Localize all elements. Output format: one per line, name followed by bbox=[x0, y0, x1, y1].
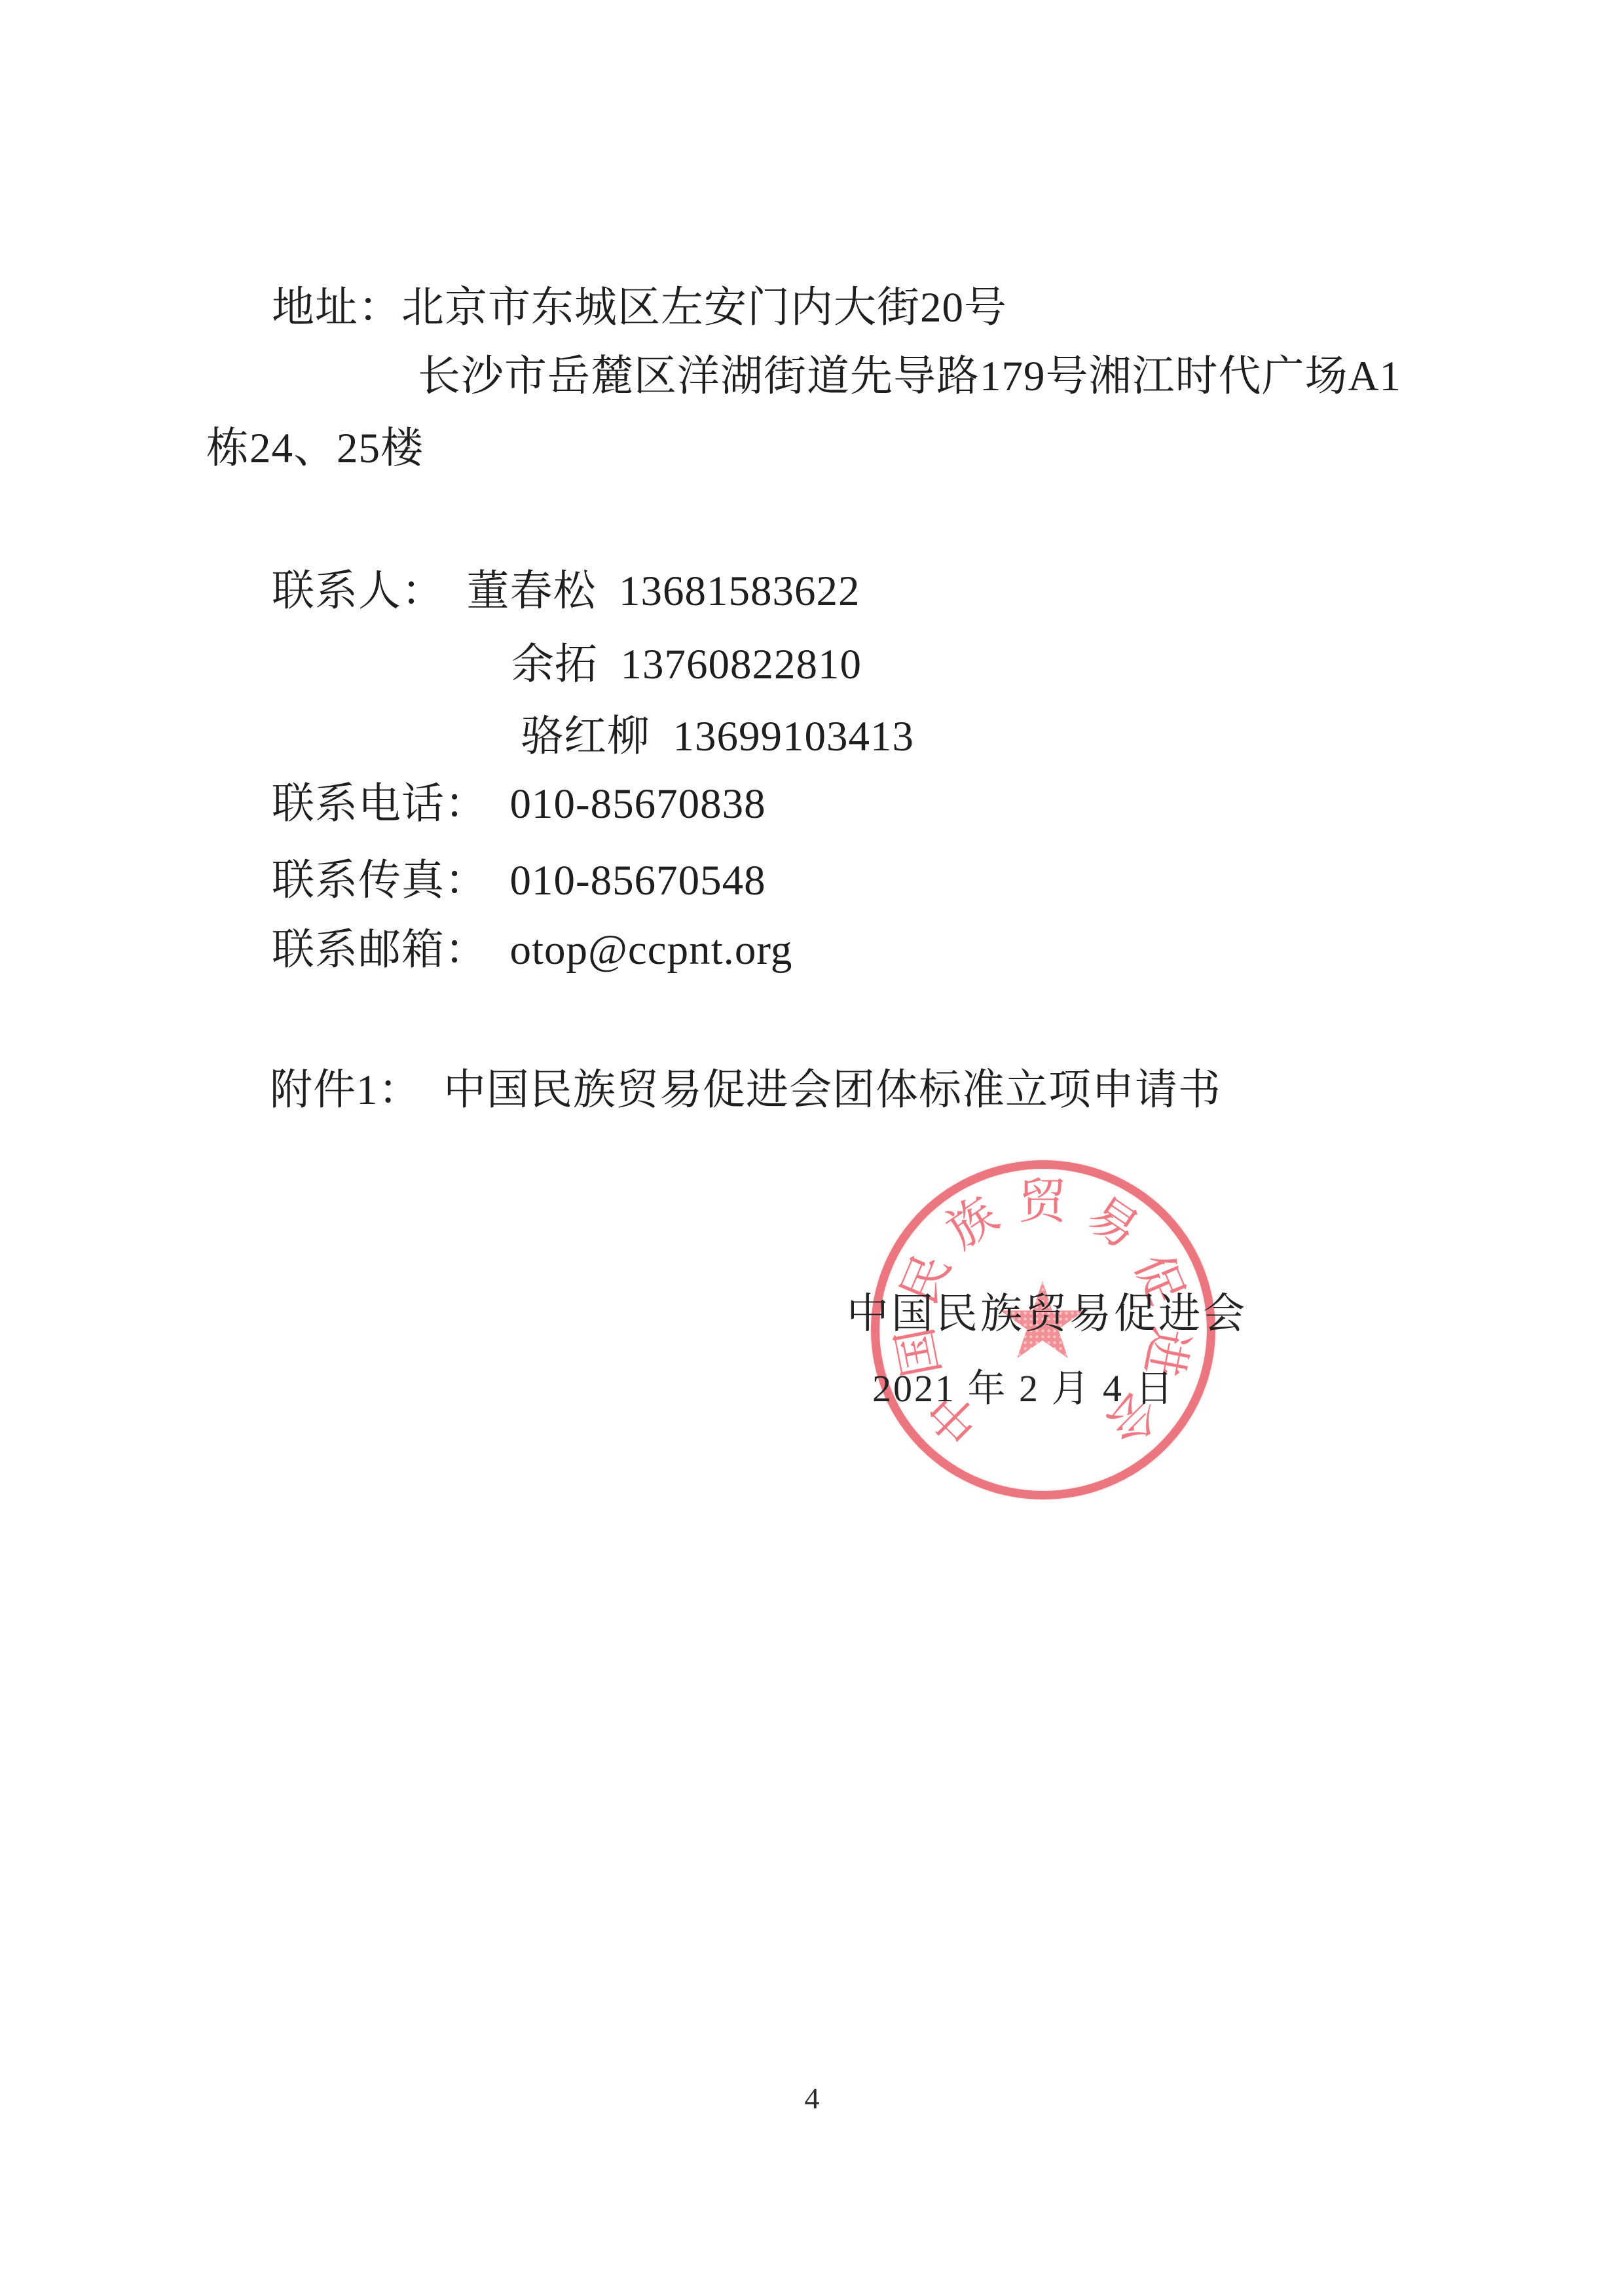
address-line-beijing: 地址：北京市东城区左安门内大街20号 bbox=[272, 284, 1007, 331]
seal-char: 贸 bbox=[1016, 1176, 1069, 1228]
contact-person-line-1: 联系人： 董春松 13681583622 bbox=[272, 568, 860, 615]
page-number: 4 bbox=[0, 2082, 1624, 2115]
contact-fax-line: 联系传真： 010-85670548 bbox=[272, 857, 766, 904]
contact-person-line-2: 余拓 13760822810 bbox=[511, 641, 862, 688]
address-line-floor: 栋24、25楼 bbox=[206, 425, 424, 472]
contact-person-line-3: 骆红柳 13699103413 bbox=[521, 713, 914, 760]
signature-org-name: 中国民族贸易促进会 bbox=[847, 1293, 1247, 1336]
signature-date: 2021 年 2 月 4 日 bbox=[872, 1368, 1175, 1409]
address-line-changsha: 长沙市岳麓区洋湖街道先导路179号湘江时代广场A1 bbox=[418, 353, 1401, 400]
contact-email-line: 联系邮箱： otop@ccpnt.org bbox=[272, 927, 792, 974]
document-page: 地址：北京市东城区左安门内大街20号 长沙市岳麓区洋湖街道先导路179号湘江时代… bbox=[0, 0, 1624, 2295]
attachment-line: 附件1： 中国民族贸易促进会团体标准立项申请书 bbox=[270, 1067, 1221, 1114]
contact-phone-line: 联系电话： 010-85670838 bbox=[272, 780, 766, 828]
